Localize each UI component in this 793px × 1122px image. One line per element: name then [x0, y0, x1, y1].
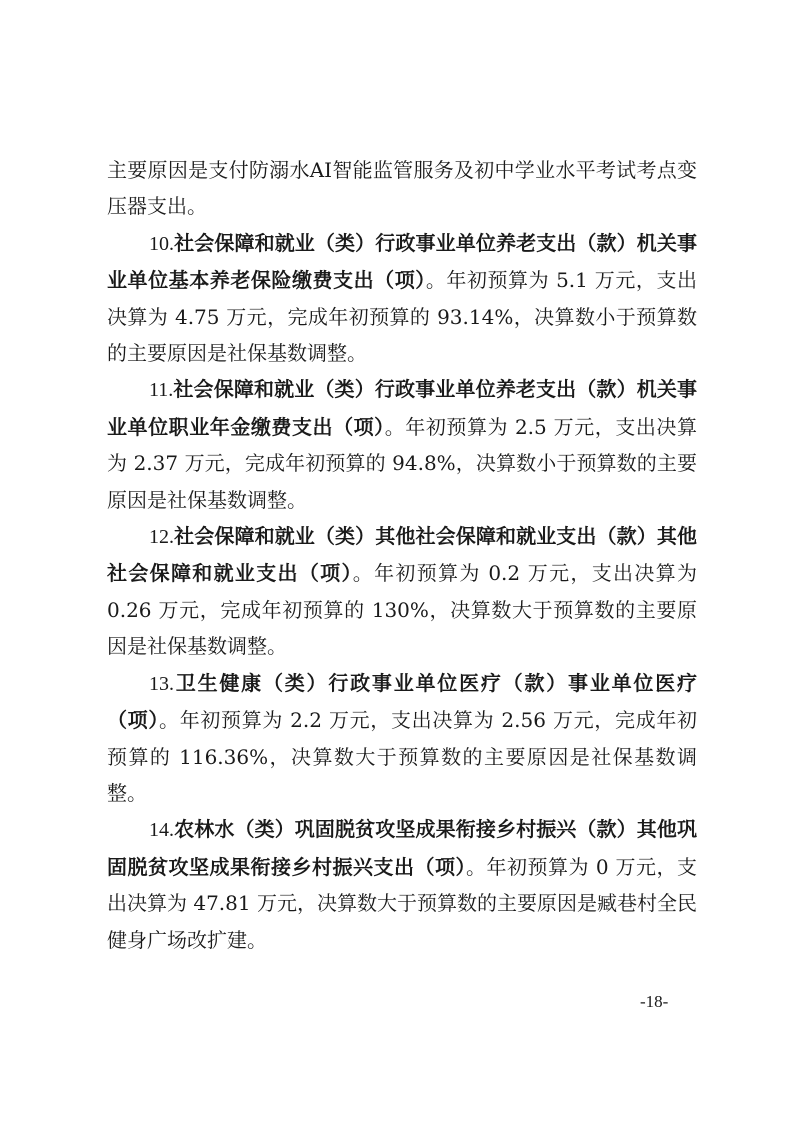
paragraph-item-11: 11.社会保障和就业（类）行政事业单位养老支出（款）机关事业单位职业年金缴费支出…	[107, 371, 697, 518]
paragraph-continuation: 主要原因是支付防溺水AI智能监管服务及初中学业水平考试考点变压器支出。	[107, 152, 697, 225]
paragraph-item-14: 14.农林水（类）巩固脱贫攻坚成果衔接乡村振兴（款）其他巩固脱贫攻坚成果衔接乡村…	[107, 811, 697, 958]
item-number: 11.	[149, 379, 173, 401]
item-number: 14.	[149, 819, 174, 841]
item-number: 12.	[149, 526, 174, 548]
item-number: 10.	[149, 233, 174, 255]
paragraph-item-12: 12.社会保障和就业（类）其他社会保障和就业支出（款）其他社会保障和就业支出（项…	[107, 518, 697, 665]
paragraph-item-13: 13.卫生健康（类）行政事业单位医疗（款）事业单位医疗（项）。年初预算为 2.2…	[107, 665, 697, 812]
item-number: 13.	[149, 673, 174, 695]
document-page: 主要原因是支付防溺水AI智能监管服务及初中学业水平考试考点变压器支出。 10.社…	[107, 152, 697, 958]
page-number: -18-	[640, 992, 668, 1012]
item-body: 。年初预算为 2.2 万元，支出决算为 2.56 万元，完成年初预算的 116.…	[107, 708, 697, 805]
paragraph-item-10: 10.社会保障和就业（类）行政事业单位养老支出（款）机关事业单位基本养老保险缴费…	[107, 225, 697, 372]
